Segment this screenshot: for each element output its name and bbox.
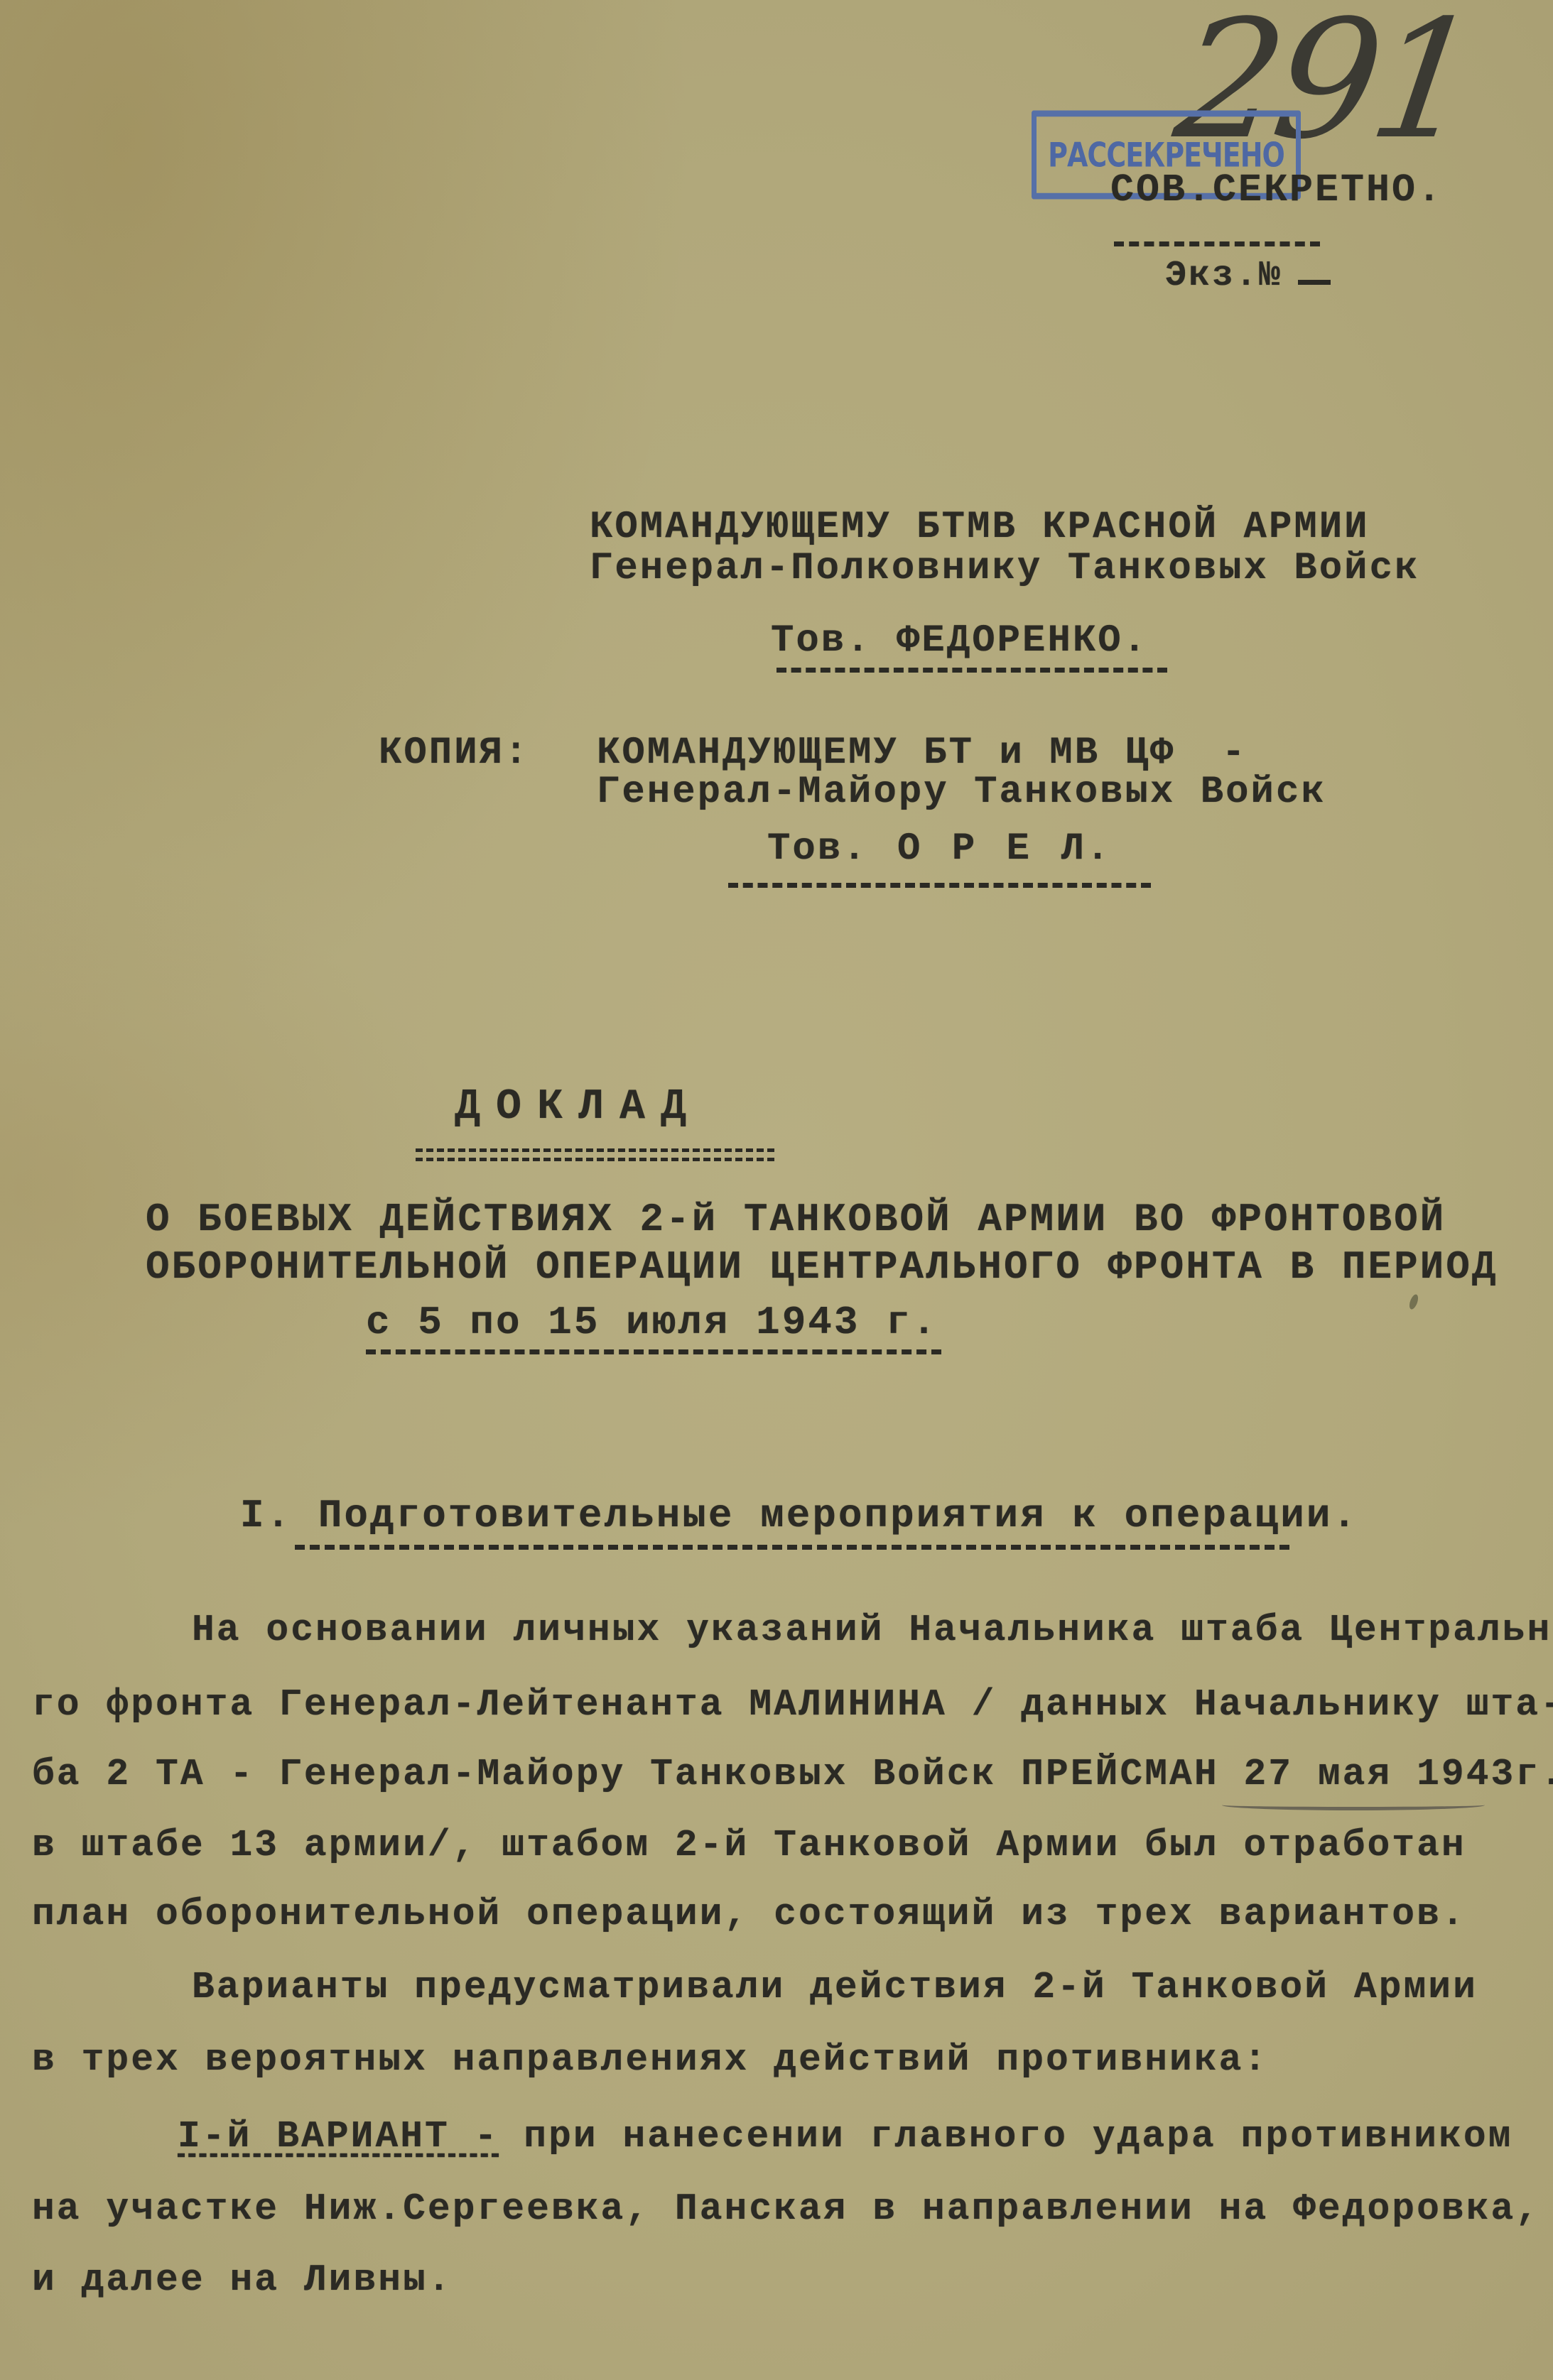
paper-speck: [1408, 1293, 1420, 1310]
addressee-line-2: Генерал-Полковнику Танковых Войск: [590, 547, 1419, 590]
body-line: На основании личных указаний Начальника …: [192, 1609, 1553, 1651]
document-page: 291 РАССЕКРЕЧЕНО СОВ.СЕКРЕТНО. Экз.№ КОМ…: [0, 0, 1553, 2380]
report-subtitle-line-2: ОБОРОНИТЕЛЬНОЙ ОПЕРАЦИИ ЦЕНТРАЛЬНОГО ФРО…: [146, 1244, 1498, 1290]
copy-number-label: Экз.№: [1165, 256, 1282, 296]
section-heading: I. Подготовительные мероприятия к операц…: [240, 1493, 1358, 1538]
report-subtitle-line-1: О БОЕВЫХ ДЕЙСТВИЯХ 2-й ТАНКОВОЙ АРМИИ ВО…: [146, 1197, 1446, 1242]
copy-number: Экз.№: [1165, 256, 1331, 296]
body-line: в трех вероятных направлениях действий п…: [32, 2038, 1268, 2081]
classification-underline: [1114, 241, 1320, 246]
addressee-name: Тов. ФЕДОРЕНКО.: [771, 619, 1148, 663]
body-line: ба 2 ТА - Генерал-Майору Танковых Войск …: [32, 1753, 1553, 1795]
handwritten-date-underline: [1222, 1800, 1485, 1810]
variant-label: I-й ВАРИАНТ -: [178, 2115, 499, 2158]
body-line: на участке Ниж.Сергеевка, Панская в напр…: [32, 2188, 1540, 2230]
copy-addressee-line-1: КОМАНДУЮЩЕМУ БТ и МВ ЦФ: [597, 732, 1175, 775]
copy-addressee-line-2: Генерал-Майору Танковых Войск: [597, 771, 1326, 814]
body-line: план оборонительной операции, состоящий …: [32, 1893, 1466, 1935]
variant-text: при нанесении главного удара противником: [524, 2115, 1513, 2158]
section-heading-underline: [295, 1545, 1289, 1550]
report-title-underline-1: [416, 1148, 774, 1152]
report-subtitle-period: с 5 по 15 июля 1943 г.: [366, 1300, 938, 1345]
classification-label: СОВ.СЕКРЕТНО.: [1110, 168, 1443, 212]
copy-number-blank: [1298, 280, 1331, 285]
copy-label: КОПИЯ:: [379, 732, 529, 775]
copy-addressee-name: Тов. О Р Е Л.: [767, 827, 1111, 871]
variant-line: I-й ВАРИАНТ - при нанесении главного уда…: [178, 2115, 1513, 2158]
body-line: Варианты предусматривали действия 2-й Та…: [192, 1966, 1478, 2009]
body-line: го фронта Генерал-Лейтенанта МАЛИНИНА / …: [32, 1683, 1553, 1726]
report-period-underline: [366, 1349, 941, 1354]
copy-addressee-underline: [728, 883, 1151, 888]
report-title: ДОКЛАД: [455, 1083, 702, 1131]
body-line: в штабе 13 армии/, штабом 2-й Танковой А…: [32, 1824, 1466, 1866]
report-title-underline-2: [416, 1158, 774, 1161]
body-line: и далее на Ливны.: [32, 2259, 453, 2301]
copy-addressee-dash: -: [1222, 732, 1247, 775]
addressee-name-underline: [776, 668, 1167, 673]
addressee-line-1: КОМАНДУЮЩЕМУ БТМВ КРАСНОЙ АРМИИ: [590, 506, 1370, 549]
